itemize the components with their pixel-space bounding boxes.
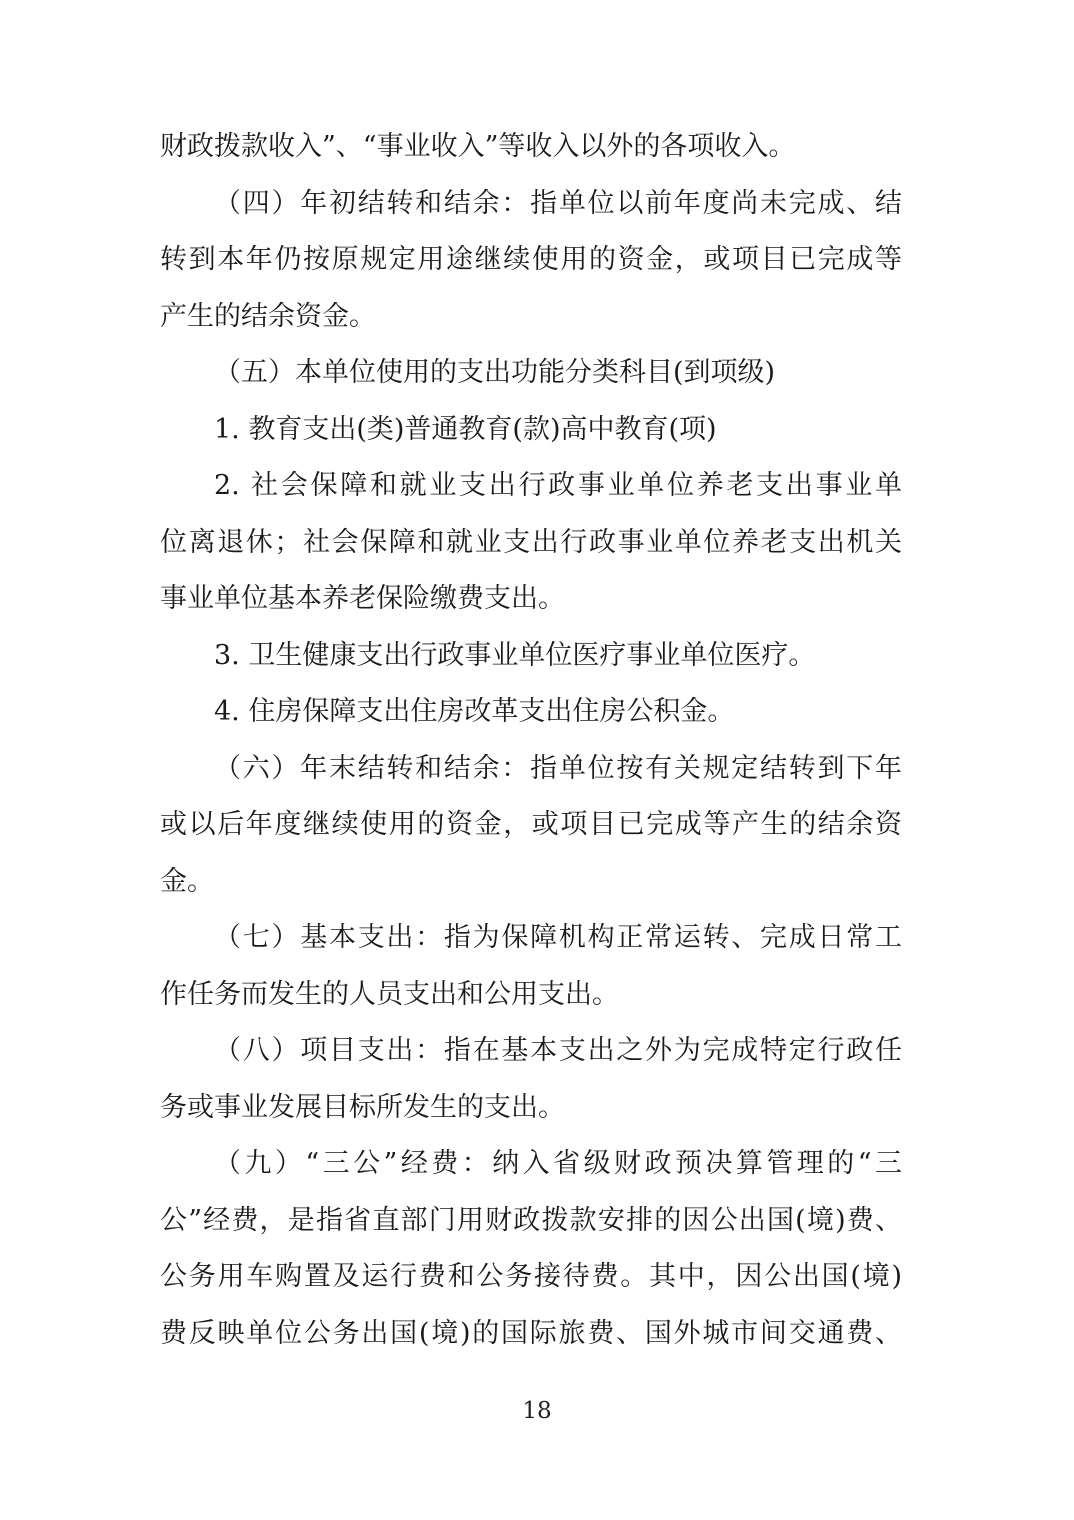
paragraph: （五）本单位使用的支出功能分类科目(到项级) bbox=[160, 345, 902, 402]
paragraph: 3. 卫生健康支出行政事业单位医疗事业单位医疗。 bbox=[160, 628, 902, 685]
text-line: 转到本年仍按原规定用途继续使用的资金，或项目已完成等 bbox=[160, 232, 902, 289]
paragraph: 2. 社会保障和就业支出行政事业单位养老支出事业单位离退休；社会保障和就业支出行… bbox=[160, 458, 902, 628]
paragraph: （九）“三公”经费：纳入省级财政预决算管理的“三公”经费，是指省直部门用财政拨款… bbox=[160, 1136, 902, 1362]
page-number: 18 bbox=[0, 1396, 1074, 1426]
text-line: 位离退休；社会保障和就业支出行政事业单位养老支出机关 bbox=[160, 515, 902, 572]
text-line: 公”经费，是指省直部门用财政拨款安排的因公出国(境)费、 bbox=[160, 1193, 902, 1250]
paragraph: （七）基本支出：指为保障机构正常运转、完成日常工作任务而发生的人员支出和公用支出… bbox=[160, 910, 902, 1023]
text-line: （四）年初结转和结余：指单位以前年度尚未完成、结 bbox=[160, 176, 902, 233]
text-line: 产生的结余资金。 bbox=[160, 289, 902, 346]
paragraph: （四）年初结转和结余：指单位以前年度尚未完成、结转到本年仍按原规定用途继续使用的… bbox=[160, 176, 902, 346]
text-line: 2. 社会保障和就业支出行政事业单位养老支出事业单 bbox=[160, 458, 902, 515]
text-line: （八）项目支出：指在基本支出之外为完成特定行政任 bbox=[160, 1023, 902, 1080]
paragraph: 财政拨款收入”、“事业收入”等收入以外的各项收入。 bbox=[160, 119, 902, 176]
text-line: 事业单位基本养老保险缴费支出。 bbox=[160, 571, 902, 628]
text-line: 费反映单位公务出国(境)的国际旅费、国外城市间交通费、 bbox=[160, 1306, 902, 1363]
text-line: 1. 教育支出(类)普通教育(款)高中教育(项) bbox=[160, 402, 902, 459]
text-line: 务或事业发展目标所发生的支出。 bbox=[160, 1080, 902, 1137]
text-line: 金。 bbox=[160, 854, 902, 911]
text-line: （七）基本支出：指为保障机构正常运转、完成日常工 bbox=[160, 910, 902, 967]
text-line: 财政拨款收入”、“事业收入”等收入以外的各项收入。 bbox=[160, 119, 902, 176]
text-line: 3. 卫生健康支出行政事业单位医疗事业单位医疗。 bbox=[160, 628, 902, 685]
text-line: 作任务而发生的人员支出和公用支出。 bbox=[160, 967, 902, 1024]
text-line: （五）本单位使用的支出功能分类科目(到项级) bbox=[160, 345, 902, 402]
text-line: （六）年末结转和结余：指单位按有关规定结转到下年 bbox=[160, 741, 902, 798]
paragraph: 4. 住房保障支出住房改革支出住房公积金。 bbox=[160, 684, 902, 741]
text-line: 4. 住房保障支出住房改革支出住房公积金。 bbox=[160, 684, 902, 741]
text-line: 或以后年度继续使用的资金，或项目已完成等产生的结余资 bbox=[160, 797, 902, 854]
text-line: 公务用车购置及运行费和公务接待费。其中，因公出国(境) bbox=[160, 1249, 902, 1306]
paragraph: 1. 教育支出(类)普通教育(款)高中教育(项) bbox=[160, 402, 902, 459]
document-page: 财政拨款收入”、“事业收入”等收入以外的各项收入。（四）年初结转和结余：指单位以… bbox=[0, 0, 1074, 1520]
document-body: 财政拨款收入”、“事业收入”等收入以外的各项收入。（四）年初结转和结余：指单位以… bbox=[160, 119, 902, 1362]
paragraph: （八）项目支出：指在基本支出之外为完成特定行政任务或事业发展目标所发生的支出。 bbox=[160, 1023, 902, 1136]
text-line: （九）“三公”经费：纳入省级财政预决算管理的“三 bbox=[160, 1136, 902, 1193]
paragraph: （六）年末结转和结余：指单位按有关规定结转到下年或以后年度继续使用的资金，或项目… bbox=[160, 741, 902, 911]
